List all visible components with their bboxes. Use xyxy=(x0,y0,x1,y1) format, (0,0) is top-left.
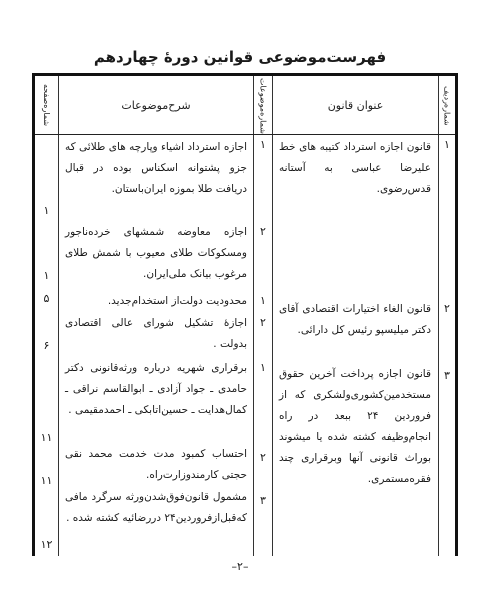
topic-description: مشمول قانون‌فوق‌شدن‌ورثه سرگرد مافی که‌ق… xyxy=(65,487,247,529)
topic-page: ۱ xyxy=(35,204,58,217)
topic-page: ۵ xyxy=(35,292,58,305)
index-table: شماره‌صفحه شرح‌موضوعات شماره‌موضوعات عنو… xyxy=(32,73,458,556)
topic-number: ۱ xyxy=(254,361,272,374)
page-title: فهرست‌موضوعی قوانین دورهٔ چهاردهم xyxy=(0,48,480,66)
header-row-number-label: شماره‌ردیف xyxy=(443,86,452,126)
law-title: قانون الغاء اختیارات اقتصادی آقای دکتر م… xyxy=(279,299,431,341)
topic-description: اجازه استرداد اشیاء وپارچه های طلائی که … xyxy=(65,137,247,200)
row-number: ۲ xyxy=(439,302,455,315)
header-law-title-label: عنوان قانون xyxy=(328,99,384,112)
law-title: قانون اجازه پرداخت آخرین حقوق مستخدمین‌ک… xyxy=(279,364,431,490)
topic-description: اجازهٔ تشکیل شورای عالی اقتصادی بدولت . xyxy=(65,313,247,355)
header-topic-number: شماره‌موضوعات xyxy=(254,76,272,135)
topic-page: ۱۱ xyxy=(35,474,58,487)
topic-page: ۱ xyxy=(35,269,58,282)
topic-number: ۲ xyxy=(254,225,272,238)
topic-description: احتساب کمبود مدت خدمت محمد نقی حجتی کارم… xyxy=(65,444,247,486)
header-description-label: شرح‌موضوعات xyxy=(121,99,190,112)
row-number: ۱ xyxy=(439,138,455,151)
header-description: شرح‌موضوعات xyxy=(59,76,253,135)
topic-number: ۱ xyxy=(254,138,272,151)
row-number: ۳ xyxy=(439,369,455,382)
header-page-number: شماره‌صفحه xyxy=(35,76,58,135)
header-law-title: عنوان قانون xyxy=(273,76,438,135)
page-number: –۲– xyxy=(0,560,480,573)
law-title: قانون اجازه استرداد کتیبه های خط علیرضا … xyxy=(279,137,431,200)
topic-description: برقراری شهریه درباره ورثه‌قانونی دکتر حا… xyxy=(65,358,247,421)
topic-number: ۱ xyxy=(254,294,272,307)
divider-page-desc xyxy=(58,76,59,556)
topic-number: ۲ xyxy=(254,316,272,329)
header-page-number-label: شماره‌صفحه xyxy=(42,84,51,126)
topic-page: ۱۲ xyxy=(35,538,58,551)
topic-page: ۶ xyxy=(35,339,58,352)
topic-description: محدودیت دولت‌از استخدام‌جدید. xyxy=(65,291,247,312)
topic-page: ۱۱ xyxy=(35,431,58,444)
topic-number: ۳ xyxy=(254,494,272,507)
topic-description: اجازه معاوضه شمشهای خرده‌ناجور ومسکوکات … xyxy=(65,222,247,285)
divider-topicnum-title xyxy=(272,76,273,556)
header-row-number: شماره‌ردیف xyxy=(439,76,455,135)
header-topic-number-label: شماره‌موضوعات xyxy=(259,78,268,134)
topic-number: ۲ xyxy=(254,451,272,464)
